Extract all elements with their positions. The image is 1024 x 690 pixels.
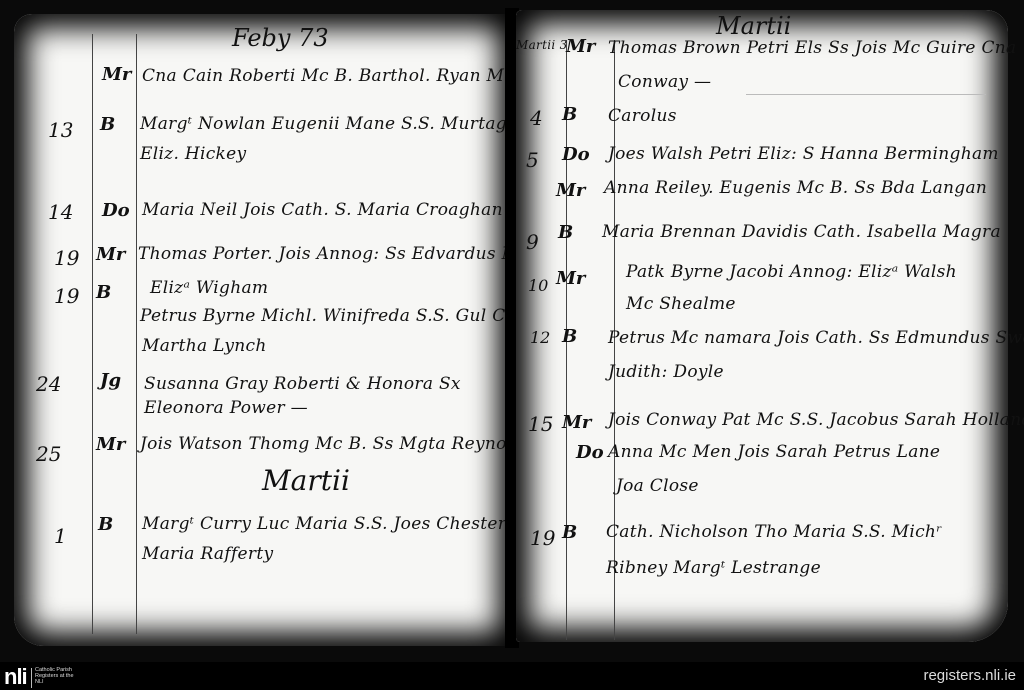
entry-day: 10 <box>528 276 548 295</box>
page-heading: Feby 73 <box>232 24 329 52</box>
line-filler <box>746 94 986 95</box>
entry-line: Anna Mc Men Jois Sarah Petrus Lane <box>608 442 940 462</box>
entry-code: Jg <box>100 370 121 391</box>
entry-line: Margᵗ Nowlan Eugenii Mane S.S. Murtagh L <box>140 114 535 134</box>
margin-rule <box>136 34 137 634</box>
entry-line: Martha Lynch <box>142 336 267 356</box>
logo-caption: Catholic Parish Registers at the NLI <box>35 667 75 685</box>
page-heading: Martii <box>716 12 791 40</box>
entry-line: Susanna Gray Roberti & Honora Sx <box>144 374 461 394</box>
entry-day: 19 <box>54 246 79 270</box>
entry-line: Margᵗ Curry Luc Maria S.S. Joes Chester <box>142 514 506 534</box>
entry-day: 15 <box>528 412 553 436</box>
entry-line: Eleonora Power — <box>144 398 308 418</box>
entry-day: 25 <box>36 442 61 466</box>
entry-day: 5 <box>526 148 539 172</box>
entry-day: 4 <box>530 106 543 130</box>
entry-line: Maria Rafferty <box>142 544 273 564</box>
entry-line: Carolus <box>608 106 677 126</box>
left-register-page: Feby 73 Martii Mr Cna Cain Roberti Mc B.… <box>14 14 512 646</box>
entry-line: Judith: Doyle <box>608 362 724 382</box>
entry-line: Cna Cain Roberti Mc B. Barthol. Ryan Mc <box>142 66 514 86</box>
entry-line: Ribney Margᵗ Lestrange <box>606 558 821 578</box>
entry-day: 9 <box>526 230 539 254</box>
entry-line: Joa Close <box>616 476 699 496</box>
entry-line: Maria Neil Jois Cath. S. Maria Croaghan <box>142 200 503 220</box>
entry-code: B <box>562 326 577 347</box>
entry-line: Petrus Byrne Michl. Winifreda S.S. Gul C… <box>140 306 551 326</box>
entry-line: Jois Conway Pat Mc S.S. Jacobus Sarah Ho… <box>608 410 1024 430</box>
entry-code: Mr <box>556 180 585 201</box>
logo-divider <box>31 668 32 688</box>
entry-line: Mc Shealme <box>626 294 736 314</box>
footer-bar: nli Catholic Parish Registers at the NLI… <box>0 662 1024 690</box>
entry-line: Eliz. Hickey <box>140 144 246 164</box>
entry-day: 1 <box>54 524 67 548</box>
entry-code: B <box>100 114 115 135</box>
entry-code: Do <box>562 144 590 165</box>
month-heading: Martii <box>262 464 350 497</box>
site-link[interactable]: registers.nli.ie <box>923 667 1016 684</box>
entry-code: B <box>98 514 113 535</box>
entry-line: Patk Byrne Jacobi Annog: Elizᵃ Walsh <box>626 262 957 282</box>
entry-code: B <box>558 222 573 243</box>
entry-code: B <box>562 104 577 125</box>
entry-code: Mr <box>102 64 131 85</box>
entry-day: 19 <box>530 526 555 550</box>
entry-code: Mr <box>556 268 585 289</box>
entry-code: Do <box>576 442 604 463</box>
entry-line: Elizᵃ Wigham <box>150 278 268 298</box>
entry-line: Maria Brennan Davidis Cath. Isabella Mag… <box>602 222 1001 242</box>
entry-line: Thomas Brown Petri Els Ss Jois Mc Guire … <box>608 38 1016 58</box>
entry-line: Joes Walsh Petri Eliz: S Hanna Bermingha… <box>608 144 999 164</box>
entry-code: Mr <box>566 36 595 57</box>
entry-day: 14 <box>48 200 73 224</box>
entry-line: Cath. Nicholson Tho Maria S.S. Michʳ <box>606 522 942 542</box>
entry-code: B <box>562 522 577 543</box>
entry-day: 12 <box>530 328 550 347</box>
entry-code: Do <box>102 200 130 221</box>
entry-day: 19 <box>54 284 79 308</box>
entry-day: Martii 3 <box>516 38 568 52</box>
right-register-page: Martii Martii 3 Mr Thomas Brown Petri El… <box>516 10 1008 642</box>
entry-code: B <box>96 282 111 303</box>
entry-day: 24 <box>36 372 61 396</box>
entry-line: Jois Watson Thomg Mc B. Ss Mgta Reynolds <box>140 434 533 454</box>
entry-code: Mr <box>96 244 125 265</box>
margin-rule <box>92 34 93 634</box>
entry-line: Conway — <box>618 72 711 92</box>
entry-line: Thomas Porter. Jois Annog: Ss Edvardus M… <box>138 244 529 264</box>
entry-line: Petrus Mc namara Jois Cath. Ss Edmundus … <box>608 328 1024 348</box>
entry-code: Mr <box>562 412 591 433</box>
register-image-viewer[interactable]: Feby 73 Martii Mr Cna Cain Roberti Mc B.… <box>0 0 1024 662</box>
nli-logo[interactable]: nli <box>4 666 27 688</box>
entry-day: 13 <box>48 118 73 142</box>
entry-line: Anna Reiley. Eugenis Mc B. Ss Bda Langan <box>604 178 987 198</box>
entry-code: Mr <box>96 434 125 455</box>
